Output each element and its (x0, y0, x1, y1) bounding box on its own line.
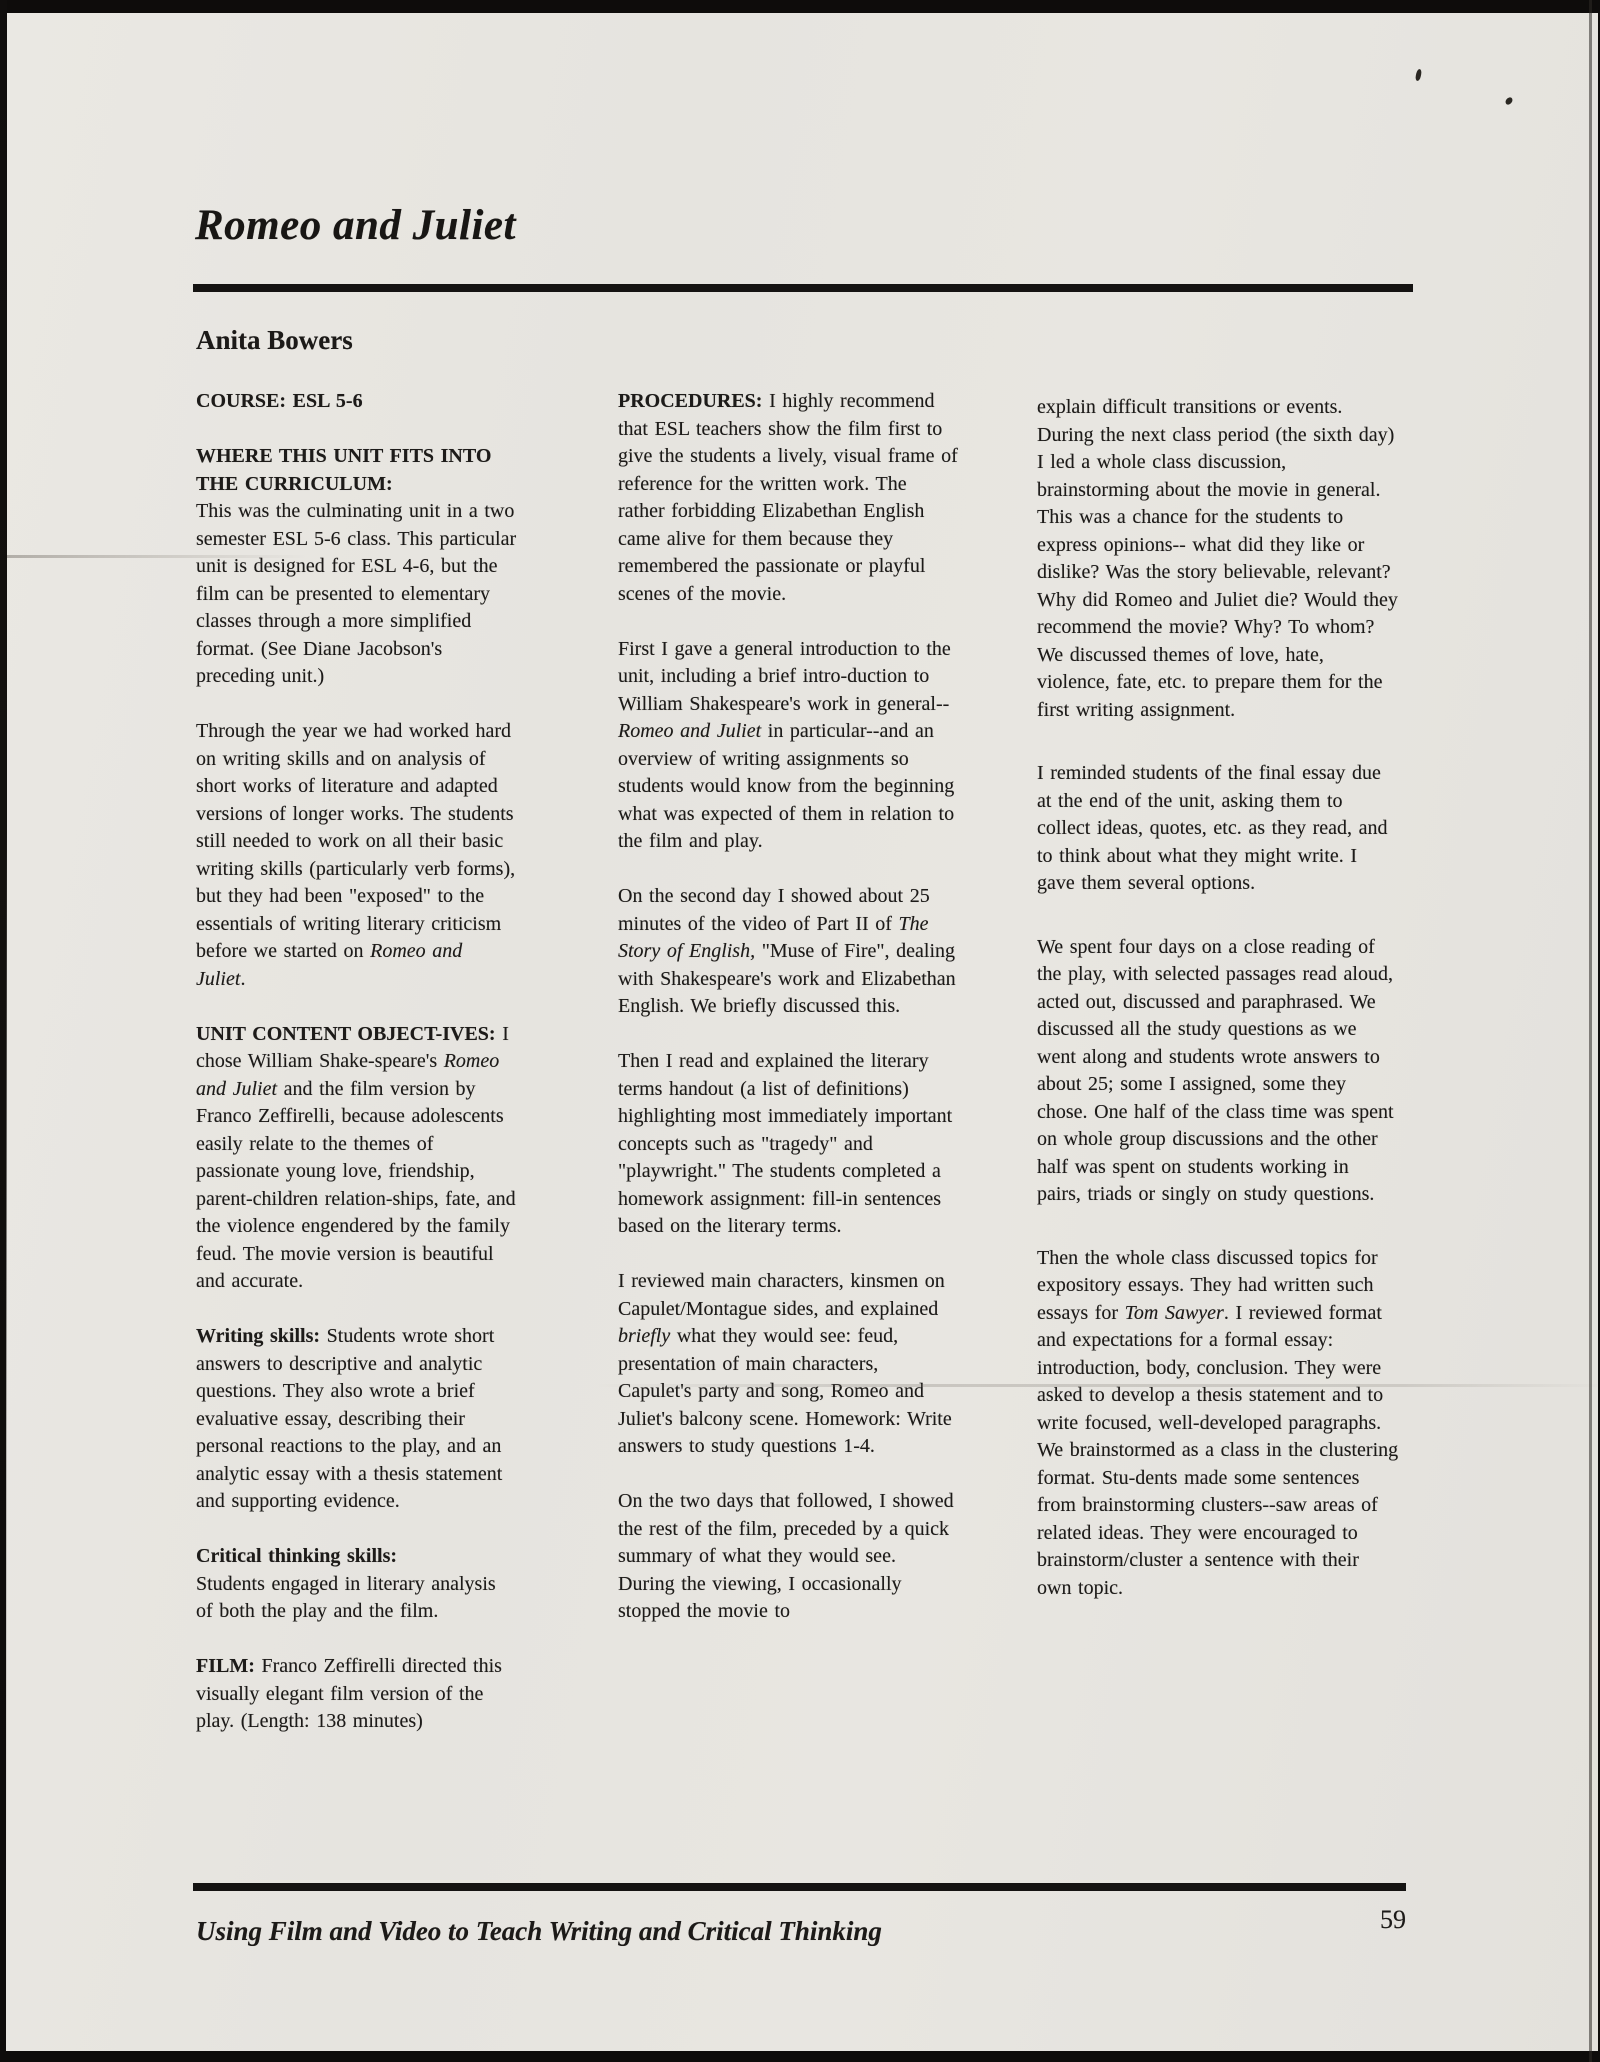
text-run: We spent four days on a close reading of… (1037, 936, 1394, 1206)
paragraph: Students engaged in literary analysis of… (196, 1571, 518, 1626)
scan-edge-left (0, 0, 7, 2062)
paragraph: WHERE THIS UNIT FITS INTO THE CURRICULUM… (196, 443, 518, 498)
page-title: Romeo and Juliet (195, 201, 516, 250)
text-run: Students engaged in literary analysis of… (196, 1573, 496, 1623)
paragraph: First I gave a general introduction to t… (618, 636, 958, 856)
text-run: On the second day I showed about 25 minu… (618, 885, 930, 935)
ink-speck (1504, 96, 1514, 106)
author-name: Anita Bowers (196, 325, 353, 356)
paragraph: Then I read and explained the literary t… (618, 1048, 958, 1241)
bold-run: PROCEDURES: (618, 390, 769, 412)
paragraph: I reviewed main characters, kinsmen on C… (618, 1268, 958, 1461)
bold-run: COURSE: ESL 5-6 (196, 390, 363, 412)
paragraph: Then the whole class discussed topics fo… (1037, 1245, 1399, 1603)
text-run: . (240, 968, 245, 990)
page-number: 59 (1306, 1905, 1406, 1935)
paragraph: Critical thinking skills: (196, 1543, 518, 1571)
paragraph: Writing skills: Students wrote short ans… (196, 1323, 518, 1516)
text-run: and the film version by Franco Zeffirell… (196, 1078, 516, 1293)
paragraph: FILM: Franco Zeffirelli directed this vi… (196, 1653, 518, 1736)
paragraph: UNIT CONTENT OBJECT-IVES: I chose Willia… (196, 1021, 518, 1296)
bold-run: Critical thinking skills: (196, 1545, 397, 1567)
text-run: I reminded students of the final essay d… (1037, 762, 1388, 894)
footer-rule (193, 1883, 1406, 1891)
column-3: explain difficult transitions or events.… (1037, 394, 1399, 1602)
document-page: Romeo and Juliet Anita Bowers COURSE: ES… (6, 13, 1598, 2051)
text-run: Through the year we had worked hard on w… (196, 720, 515, 962)
text-run: I highly recommend that ESL teachers sho… (618, 390, 958, 605)
bold-run: WHERE THIS UNIT FITS INTO THE CURRICULUM… (196, 445, 491, 495)
bold-run: Writing skills: (196, 1325, 327, 1347)
paragraph: On the second day I showed about 25 minu… (618, 883, 958, 1021)
paragraph: COURSE: ESL 5-6 (196, 388, 518, 416)
paragraph: On the two days that followed, I showed … (618, 1488, 958, 1626)
text-run: Then I read and explained the literary t… (618, 1050, 952, 1237)
italic-run: Romeo and Juliet (618, 720, 761, 742)
paragraph: explain difficult transitions or events.… (1037, 394, 1399, 724)
paragraph: We spent four days on a close reading of… (1037, 934, 1399, 1209)
text-run: First I gave a general introduction to t… (618, 638, 951, 715)
scan-edge-right-line (1589, 0, 1592, 2062)
text-run: On the two days that followed, I showed … (618, 1490, 954, 1622)
text-run: explain difficult transitions or events.… (1037, 396, 1398, 721)
text-run: . I reviewed format and expectations for… (1037, 1302, 1398, 1599)
column-2: PROCEDURES: I highly recommend that ESL … (618, 388, 958, 1626)
bold-run: UNIT CONTENT OBJECT-IVES: (196, 1023, 502, 1045)
italic-run: briefly (618, 1325, 670, 1347)
paragraph: Through the year we had worked hard on w… (196, 718, 518, 993)
bold-run: FILM: (196, 1655, 261, 1677)
paragraph: This was the culminating unit in a two s… (196, 498, 518, 691)
column-1: COURSE: ESL 5-6WHERE THIS UNIT FITS INTO… (196, 388, 518, 1736)
footer-book-title: Using Film and Video to Teach Writing an… (196, 1916, 882, 1947)
text-run: I reviewed main characters, kinsmen on C… (618, 1270, 945, 1320)
paragraph: PROCEDURES: I highly recommend that ESL … (618, 388, 958, 608)
italic-run: Tom Sawyer (1125, 1302, 1224, 1324)
header-rule (193, 284, 1413, 292)
paragraph: I reminded students of the final essay d… (1037, 760, 1399, 898)
text-run: Students wrote short answers to descript… (196, 1325, 502, 1512)
text-run: This was the culminating unit in a two s… (196, 500, 516, 687)
ink-speck (1415, 69, 1422, 82)
